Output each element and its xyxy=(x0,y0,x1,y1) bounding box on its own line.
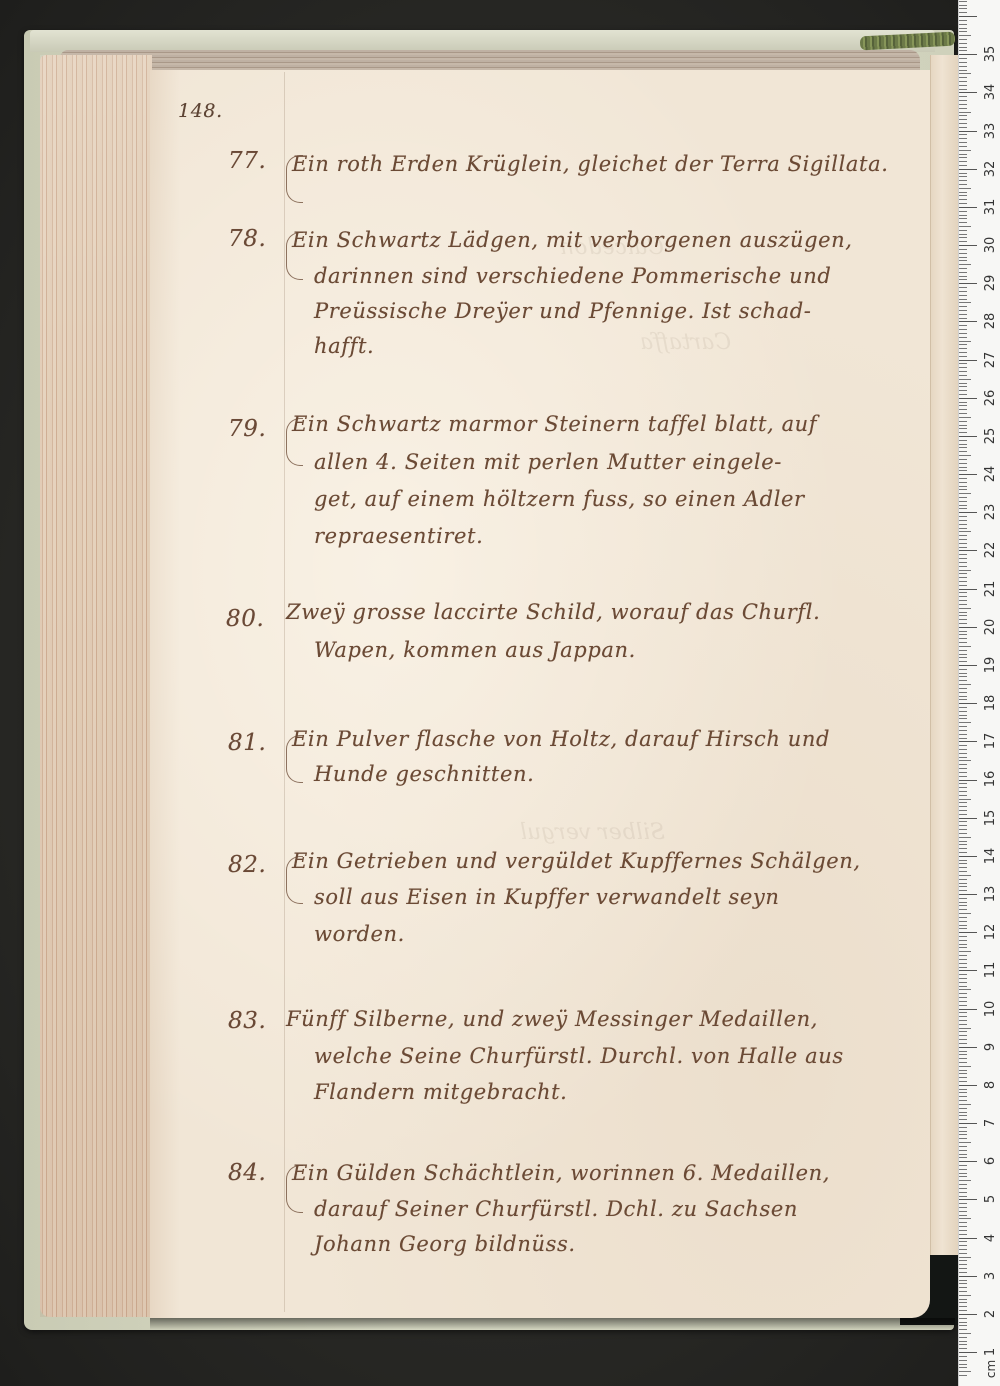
ruler-tick xyxy=(959,1245,967,1246)
ruler-tick xyxy=(959,547,967,548)
ruler-tick xyxy=(959,909,967,910)
ruler-tick xyxy=(959,707,967,708)
ruler-tick xyxy=(959,837,971,838)
ruler-tick xyxy=(959,375,967,376)
entry-line: Fünff Silberne, und zweÿ Messinger Medai… xyxy=(286,1007,818,1031)
ruler-tick xyxy=(959,108,967,109)
ruler-tick xyxy=(959,928,967,929)
entry-number: 77. xyxy=(228,148,266,174)
ruler-tick xyxy=(959,493,971,494)
ruler-tick xyxy=(959,1207,967,1208)
ruler-tick xyxy=(959,1188,967,1189)
entry-line: allen 4. Seiten mit perlen Mutter eingel… xyxy=(314,450,782,474)
ruler-tick xyxy=(959,1104,971,1105)
ruler-tick xyxy=(959,749,967,750)
ruler-tick xyxy=(959,543,967,544)
ruler-tick xyxy=(959,531,971,532)
ruler-tick xyxy=(959,413,967,414)
ruler-tick xyxy=(959,871,967,872)
ruler-tick xyxy=(959,115,967,116)
ruler-tick xyxy=(959,1134,967,1135)
ruler-tick xyxy=(959,360,977,361)
ruler-tick xyxy=(959,1302,967,1303)
ruler-tick xyxy=(959,673,967,674)
entry-line: Wapen, kommen aus Jappan. xyxy=(314,638,636,662)
ruler-tick xyxy=(959,669,967,670)
ruler-tick xyxy=(959,1054,967,1055)
ruler-tick xyxy=(959,1146,967,1147)
ruler-tick xyxy=(959,1073,967,1074)
ruler-tick xyxy=(959,447,967,448)
ruler-tick xyxy=(959,123,967,124)
ruler-tick xyxy=(959,154,967,155)
ruler-tick xyxy=(959,528,967,529)
ruler-tick xyxy=(959,467,967,468)
ruler-tick xyxy=(959,879,967,880)
ruler-tick xyxy=(959,791,967,792)
ruler-tick xyxy=(959,444,967,445)
ruler-tick xyxy=(959,577,967,578)
ruler-tick xyxy=(959,417,971,418)
ruler-tick xyxy=(959,371,967,372)
ruler-tick xyxy=(959,646,971,647)
ruler-tick xyxy=(959,963,967,964)
ruler-tick xyxy=(959,283,977,284)
ruler-tick xyxy=(959,70,967,71)
ruler-label: 11 xyxy=(984,960,998,980)
ruler-tick xyxy=(959,310,967,311)
ruler-tick xyxy=(959,1291,967,1292)
ruler-tick xyxy=(959,967,967,968)
ruler-tick xyxy=(959,100,967,101)
ruler-tick xyxy=(959,1173,967,1174)
ruler-tick xyxy=(959,237,967,238)
ruler-tick xyxy=(959,783,967,784)
ruler-tick xyxy=(959,337,967,338)
ruler-tick xyxy=(959,890,967,891)
ruler-tick xyxy=(959,1329,967,1330)
ruler-tick xyxy=(959,386,967,387)
ruler-tick xyxy=(959,299,967,300)
ruler-tick xyxy=(959,245,977,246)
ruler-tick xyxy=(959,1199,977,1200)
ruler-label: 13 xyxy=(984,884,998,904)
ruler-tick xyxy=(959,1184,967,1185)
ruler-tick xyxy=(959,787,967,788)
ruler-tick xyxy=(959,829,967,830)
ruler-tick xyxy=(959,768,967,769)
ruler-tick xyxy=(959,818,977,819)
ruler-tick xyxy=(959,287,967,288)
entry-line: darinnen sind verschiedene Pommerische u… xyxy=(314,264,831,288)
ruler-tick xyxy=(959,1238,977,1239)
ruler-tick xyxy=(959,379,971,380)
ruler-tick xyxy=(959,703,977,704)
ruler-tick xyxy=(959,1085,977,1086)
ruler-tick xyxy=(959,1226,967,1227)
ruler-tick xyxy=(959,1211,967,1212)
ruler-tick xyxy=(959,1264,967,1265)
ruler-tick xyxy=(959,699,967,700)
ruler-tick xyxy=(959,1203,967,1204)
ruler-tick xyxy=(959,295,967,296)
ruler-tick xyxy=(959,757,967,758)
ruler-tick xyxy=(959,932,977,933)
ruler-tick xyxy=(959,993,967,994)
ruler-tick xyxy=(959,1276,977,1277)
ruler-tick xyxy=(959,1322,967,1323)
ruler-tick xyxy=(959,188,971,189)
ruler-tick xyxy=(959,982,967,983)
ruler-tick xyxy=(959,482,967,483)
ruler-tick xyxy=(959,612,967,613)
ruler-tick xyxy=(959,1043,967,1044)
entry-line: Hunde geschnitten. xyxy=(314,762,534,786)
ruler-tick xyxy=(959,318,967,319)
ruler-tick xyxy=(959,306,967,307)
ruler-tick xyxy=(959,684,971,685)
ruler-tick xyxy=(959,1157,967,1158)
ruler-tick xyxy=(959,1333,971,1334)
ruler-tick xyxy=(959,894,977,895)
ruler-tick xyxy=(959,451,967,452)
ruler-tick xyxy=(959,1310,967,1311)
entry-line: Ein Pulver flasche von Holtz, darauf Hir… xyxy=(292,727,830,751)
ruler-tick xyxy=(959,165,967,166)
ruler-tick xyxy=(959,921,967,922)
ruler-label: 27 xyxy=(984,350,998,370)
ruler-tick xyxy=(959,1306,967,1307)
ruler-tick xyxy=(959,1180,971,1181)
ruler-tick xyxy=(959,1070,967,1071)
ruler-label: 4 xyxy=(984,1228,998,1248)
ruler-tick xyxy=(959,1009,977,1010)
ruler-tick xyxy=(959,257,967,258)
ruler-tick xyxy=(959,764,967,765)
ruler-tick xyxy=(959,573,967,574)
ruler-tick xyxy=(959,325,967,326)
ruler-tick xyxy=(959,1280,967,1281)
ruler-tick xyxy=(959,657,967,658)
ruler-tick xyxy=(959,1299,967,1300)
ruler-tick xyxy=(959,127,967,128)
ruler-tick xyxy=(959,405,967,406)
cover-top-fold xyxy=(30,30,935,52)
ruler-tick xyxy=(959,955,967,956)
ruler-tick xyxy=(959,718,967,719)
ruler-tick xyxy=(959,1028,971,1029)
ruler-tick xyxy=(959,535,967,536)
ruler-tick xyxy=(959,554,967,555)
entry-line: worden. xyxy=(314,922,405,946)
ruler-tick xyxy=(959,1020,967,1021)
ruler-tick xyxy=(959,986,967,987)
ruler-tick xyxy=(959,1352,977,1353)
ruler-tick xyxy=(959,203,967,204)
ruler-tick xyxy=(959,951,971,952)
ruler-tick xyxy=(959,814,967,815)
ruler-tick xyxy=(959,905,967,906)
entry-line: Zweÿ grosse laccirte Schild, worauf das … xyxy=(286,600,820,624)
ruler-tick xyxy=(959,501,967,502)
ruler-tick xyxy=(959,131,977,132)
ruler-tick xyxy=(959,39,967,40)
ruler-tick xyxy=(959,157,967,158)
ruler-unit-label: cm xyxy=(984,1359,998,1379)
ruler-label: 33 xyxy=(984,121,998,141)
ruler-tick xyxy=(959,970,977,971)
entry-number: 78. xyxy=(228,226,266,252)
ruler-tick xyxy=(959,585,967,586)
ruler-tick xyxy=(959,1360,967,1361)
entry-line: soll aus Eisen in Kupffer verwandelt sey… xyxy=(314,885,780,909)
ruler-label: 25 xyxy=(984,426,998,446)
ruler-tick xyxy=(959,1215,967,1216)
ruler-label: 2 xyxy=(984,1304,998,1324)
ruler-tick xyxy=(959,459,967,460)
entry-line: get, auf einem höltzern fuss, so einen A… xyxy=(314,487,805,511)
ruler-tick xyxy=(959,383,967,384)
ruler-tick xyxy=(959,1249,967,1250)
ruler-tick xyxy=(959,1035,967,1036)
measurement-ruler: cm 1234567891011121314151617181920212223… xyxy=(958,0,1000,1386)
ruler-tick xyxy=(959,1131,967,1132)
ruler-tick xyxy=(959,1341,967,1342)
ruler-label: 16 xyxy=(984,769,998,789)
ruler-tick xyxy=(959,96,967,97)
ruler-tick xyxy=(959,745,967,746)
ruler-tick xyxy=(959,1268,967,1269)
entry-number: 82. xyxy=(228,852,266,878)
ruler-tick xyxy=(959,524,967,525)
ruler-tick xyxy=(959,402,967,403)
ruler-tick xyxy=(959,333,967,334)
ruler-tick xyxy=(959,85,967,86)
ruler-tick xyxy=(959,1119,967,1120)
ruler-tick xyxy=(959,253,967,254)
ruler-tick xyxy=(959,1066,971,1067)
ruler-tick xyxy=(959,1234,967,1235)
ruler-tick xyxy=(959,1047,977,1048)
ruler-tick xyxy=(959,676,967,677)
ruler-tick xyxy=(959,398,977,399)
ruler-tick xyxy=(959,409,967,410)
entry-line: Flandern mitgebracht. xyxy=(314,1080,567,1104)
ruler-tick xyxy=(959,715,967,716)
entry-number: 84. xyxy=(228,1160,266,1186)
ruler-tick xyxy=(959,1100,967,1101)
ruler-tick xyxy=(959,661,967,662)
ruler-tick xyxy=(959,1272,967,1273)
ruler-tick xyxy=(959,215,967,216)
ruler-tick xyxy=(959,276,967,277)
ruler-tick xyxy=(959,1039,967,1040)
ruler-tick xyxy=(959,463,967,464)
ruler-tick xyxy=(959,726,967,727)
ruler-tick xyxy=(959,696,967,697)
ruler-tick xyxy=(959,421,967,422)
ruler-tick xyxy=(959,1058,967,1059)
bleed-through-text: Cartaffa xyxy=(640,330,731,355)
ruler-label: 1 xyxy=(984,1342,998,1362)
ruler-tick xyxy=(959,54,977,55)
ruler-label: 28 xyxy=(984,311,998,331)
ruler-tick xyxy=(959,440,967,441)
ruler-tick xyxy=(959,539,967,540)
ruler-label: 30 xyxy=(984,235,998,255)
ruler-tick xyxy=(959,642,967,643)
ruler-tick xyxy=(959,1375,967,1376)
ruler-tick xyxy=(959,1253,967,1254)
ruler-tick xyxy=(959,73,971,74)
ruler-tick xyxy=(959,1295,971,1296)
ruler-label: 22 xyxy=(984,540,998,560)
ruler-tick xyxy=(959,925,967,926)
ruler-tick xyxy=(959,1112,967,1113)
ruler-tick xyxy=(959,1337,967,1338)
ruler-tick xyxy=(959,734,967,735)
ruler-tick xyxy=(959,810,967,811)
ruler-tick xyxy=(959,936,967,937)
ruler-tick xyxy=(959,780,977,781)
ruler-tick xyxy=(959,1016,967,1017)
text-block-top-edge xyxy=(60,50,920,72)
ruler-tick xyxy=(959,592,967,593)
entry-line: Ein Gülden Schächtlein, worinnen 6. Meda… xyxy=(292,1161,830,1185)
ruler-tick xyxy=(959,218,967,219)
ruler-tick xyxy=(959,1138,967,1139)
ruler-tick xyxy=(959,1077,967,1078)
ruler-tick xyxy=(959,959,967,960)
ruler-tick xyxy=(959,550,977,551)
ruler-label: 24 xyxy=(984,464,998,484)
manuscript-page xyxy=(150,70,930,1318)
ruler-tick xyxy=(959,367,967,368)
ruler-label: 20 xyxy=(984,617,998,637)
ruler-tick xyxy=(959,474,977,475)
ruler-label: 17 xyxy=(984,731,998,751)
ruler-tick xyxy=(959,596,967,597)
entry-number: 81. xyxy=(228,730,266,756)
ruler-tick xyxy=(959,844,967,845)
ruler-tick xyxy=(959,1241,967,1242)
ruler-tick xyxy=(959,241,967,242)
ruler-tick xyxy=(959,66,967,67)
ruler-label: 10 xyxy=(984,999,998,1019)
entry-line: Ein roth Erden Krüglein, gleichet der Te… xyxy=(292,152,888,176)
ruler-tick xyxy=(959,795,967,796)
ruler-tick xyxy=(959,505,967,506)
ruler-tick xyxy=(959,1115,967,1116)
ruler-tick xyxy=(959,1283,967,1284)
ruler-label: 32 xyxy=(984,159,998,179)
ruler-tick xyxy=(959,1196,967,1197)
ruler-tick xyxy=(959,619,967,620)
ruler-tick xyxy=(959,1218,971,1219)
ruler-tick xyxy=(959,806,967,807)
ruler-tick xyxy=(959,478,967,479)
ruler-tick xyxy=(959,1176,967,1177)
ruler-tick xyxy=(959,608,971,609)
entry-line: Ein Schwartz Lädgen, mit verborgenen aus… xyxy=(292,228,853,252)
ruler-label: 19 xyxy=(984,655,998,675)
ruler-tick xyxy=(959,799,971,800)
ruler-tick xyxy=(959,146,967,147)
ruler-tick xyxy=(959,627,977,628)
ruler-tick xyxy=(959,1150,967,1151)
ruler-label: 26 xyxy=(984,388,998,408)
ruler-label: 34 xyxy=(984,82,998,102)
ruler-tick xyxy=(959,352,967,353)
entry-line: welche Seine Churfürstl. Durchl. von Hal… xyxy=(314,1044,844,1068)
entry-line: Johann Georg bildnüss. xyxy=(314,1232,576,1256)
ruler-tick xyxy=(959,62,967,63)
ruler-tick xyxy=(959,489,967,490)
ruler-tick xyxy=(959,558,967,559)
ruler-tick xyxy=(959,314,967,315)
ruler-tick xyxy=(959,940,967,941)
ruler-tick xyxy=(959,138,967,139)
ruler-tick xyxy=(959,173,967,174)
ruler-tick xyxy=(959,20,967,21)
ruler-tick xyxy=(959,77,967,78)
ruler-label: 23 xyxy=(984,502,998,522)
ruler-tick xyxy=(959,104,967,105)
ruler-tick xyxy=(959,883,967,884)
ruler-tick xyxy=(959,1314,977,1315)
ruler-tick xyxy=(959,978,967,979)
ruler-tick xyxy=(959,1001,967,1002)
ruler-tick xyxy=(959,260,967,261)
ruler-tick xyxy=(959,390,967,391)
ruler-tick xyxy=(959,1089,967,1090)
ruler-tick xyxy=(959,623,967,624)
ruler-tick xyxy=(959,92,977,93)
ruler-label: 5 xyxy=(984,1189,998,1209)
ruler-tick xyxy=(959,28,967,29)
ruler-tick xyxy=(959,1108,967,1109)
ruler-tick xyxy=(959,1356,967,1357)
ruler-tick xyxy=(959,192,967,193)
ruler-tick xyxy=(959,142,967,143)
margin-ruling-line xyxy=(284,72,285,1312)
ruler-tick xyxy=(959,425,967,426)
ruler-tick xyxy=(959,997,967,998)
ruler-tick xyxy=(959,566,967,567)
ruler-tick xyxy=(959,520,967,521)
ruler-tick xyxy=(959,1325,967,1326)
ruler-tick xyxy=(959,348,967,349)
ruler-tick xyxy=(959,134,967,135)
ruler-tick xyxy=(959,35,971,36)
ruler-label: 15 xyxy=(984,808,998,828)
ruler-tick xyxy=(959,852,967,853)
ruler-tick xyxy=(959,665,977,666)
ruler-tick xyxy=(959,272,967,273)
ruler-tick xyxy=(959,24,967,25)
ruler-tick xyxy=(959,279,967,280)
entry-number: 80. xyxy=(226,606,264,632)
ruler-tick xyxy=(959,341,971,342)
ruler-tick xyxy=(959,169,977,170)
ruler-tick xyxy=(959,112,971,113)
ruler-tick xyxy=(959,226,971,227)
entry-line: hafft. xyxy=(314,334,374,358)
ruler-tick xyxy=(959,711,967,712)
ruler-label: 18 xyxy=(984,693,998,713)
ruler-tick xyxy=(959,50,967,51)
ruler-tick xyxy=(959,1,967,2)
